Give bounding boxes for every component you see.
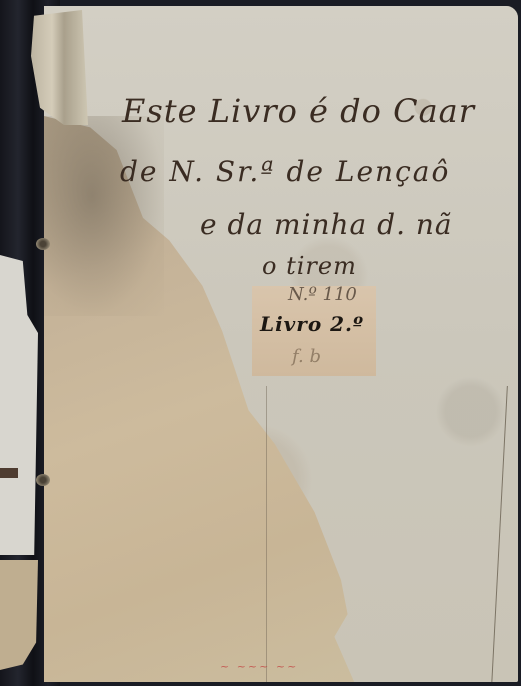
red-edge-mark: ~ ~~~ ~~ <box>220 660 298 673</box>
label-main-text: Livro 2.º <box>260 312 364 336</box>
dark-stain <box>44 116 164 316</box>
fold-line <box>266 386 267 682</box>
inscription-line-4: o tirem <box>262 252 357 280</box>
pasted-label: N.º 110 Livro 2.º f. b <box>252 286 376 376</box>
binding-thread-knot <box>36 474 50 486</box>
inscription-line-3: e da minha d. nã <box>200 208 453 241</box>
label-faint-top-text: N.º 110 <box>288 284 357 305</box>
label-faint-bottom-text: f. b <box>292 346 321 367</box>
binding-strap <box>0 468 18 478</box>
inscription-line-2: de N. Sr.ª de Lençaô <box>120 155 450 188</box>
binding-thread-knot <box>36 238 50 250</box>
inscription-line-1: Este Livro é do Caar <box>122 92 475 130</box>
